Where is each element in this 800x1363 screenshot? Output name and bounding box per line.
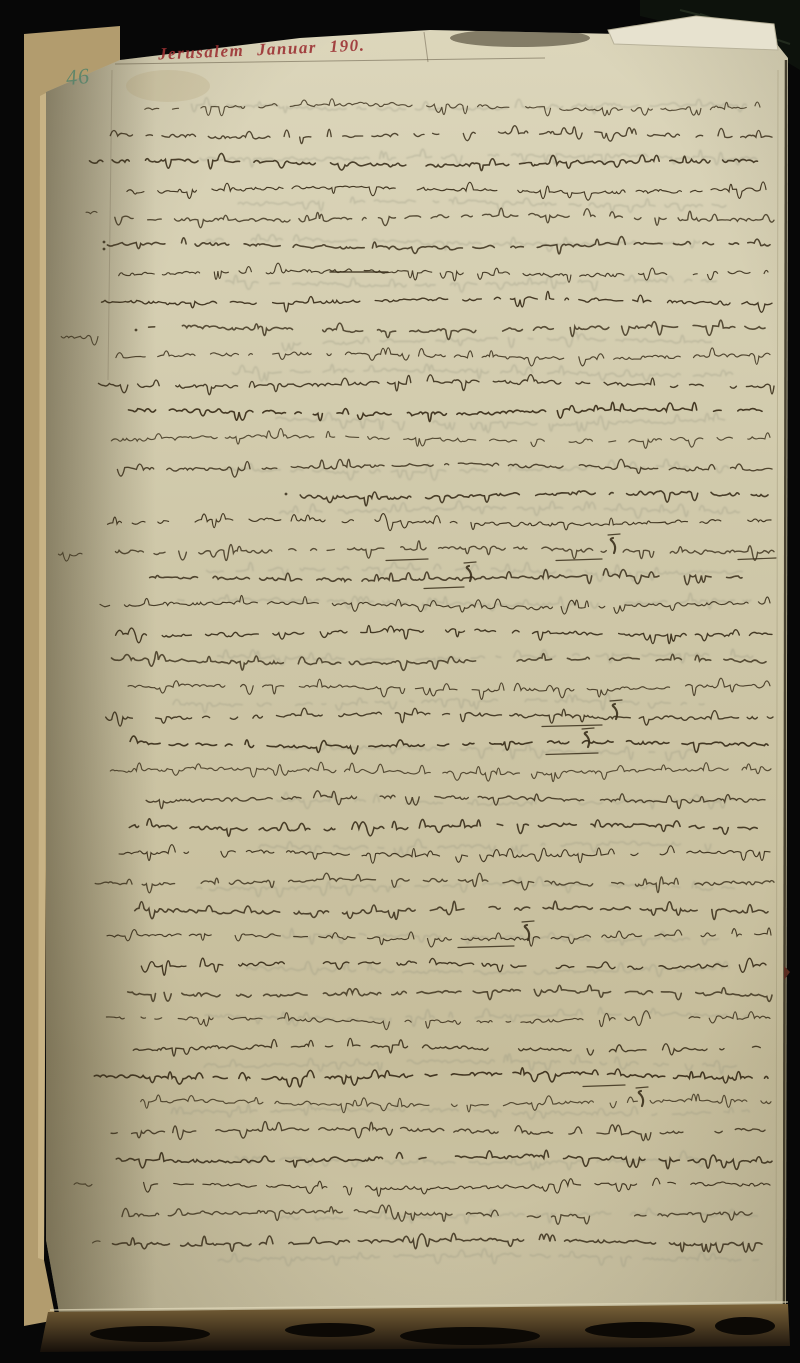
punctuation-dot	[103, 241, 106, 244]
vignette-shading	[46, 28, 790, 1320]
punctuation-dot	[285, 493, 288, 496]
paper-stain	[126, 70, 210, 102]
punctuation-dot	[135, 329, 138, 332]
punctuation-dot	[103, 248, 106, 251]
page-number: 46	[65, 63, 92, 91]
manuscript-page-graphic	[0, 0, 800, 1363]
manuscript-photo: 46 Jerusalem Januar 190.	[0, 0, 800, 1363]
